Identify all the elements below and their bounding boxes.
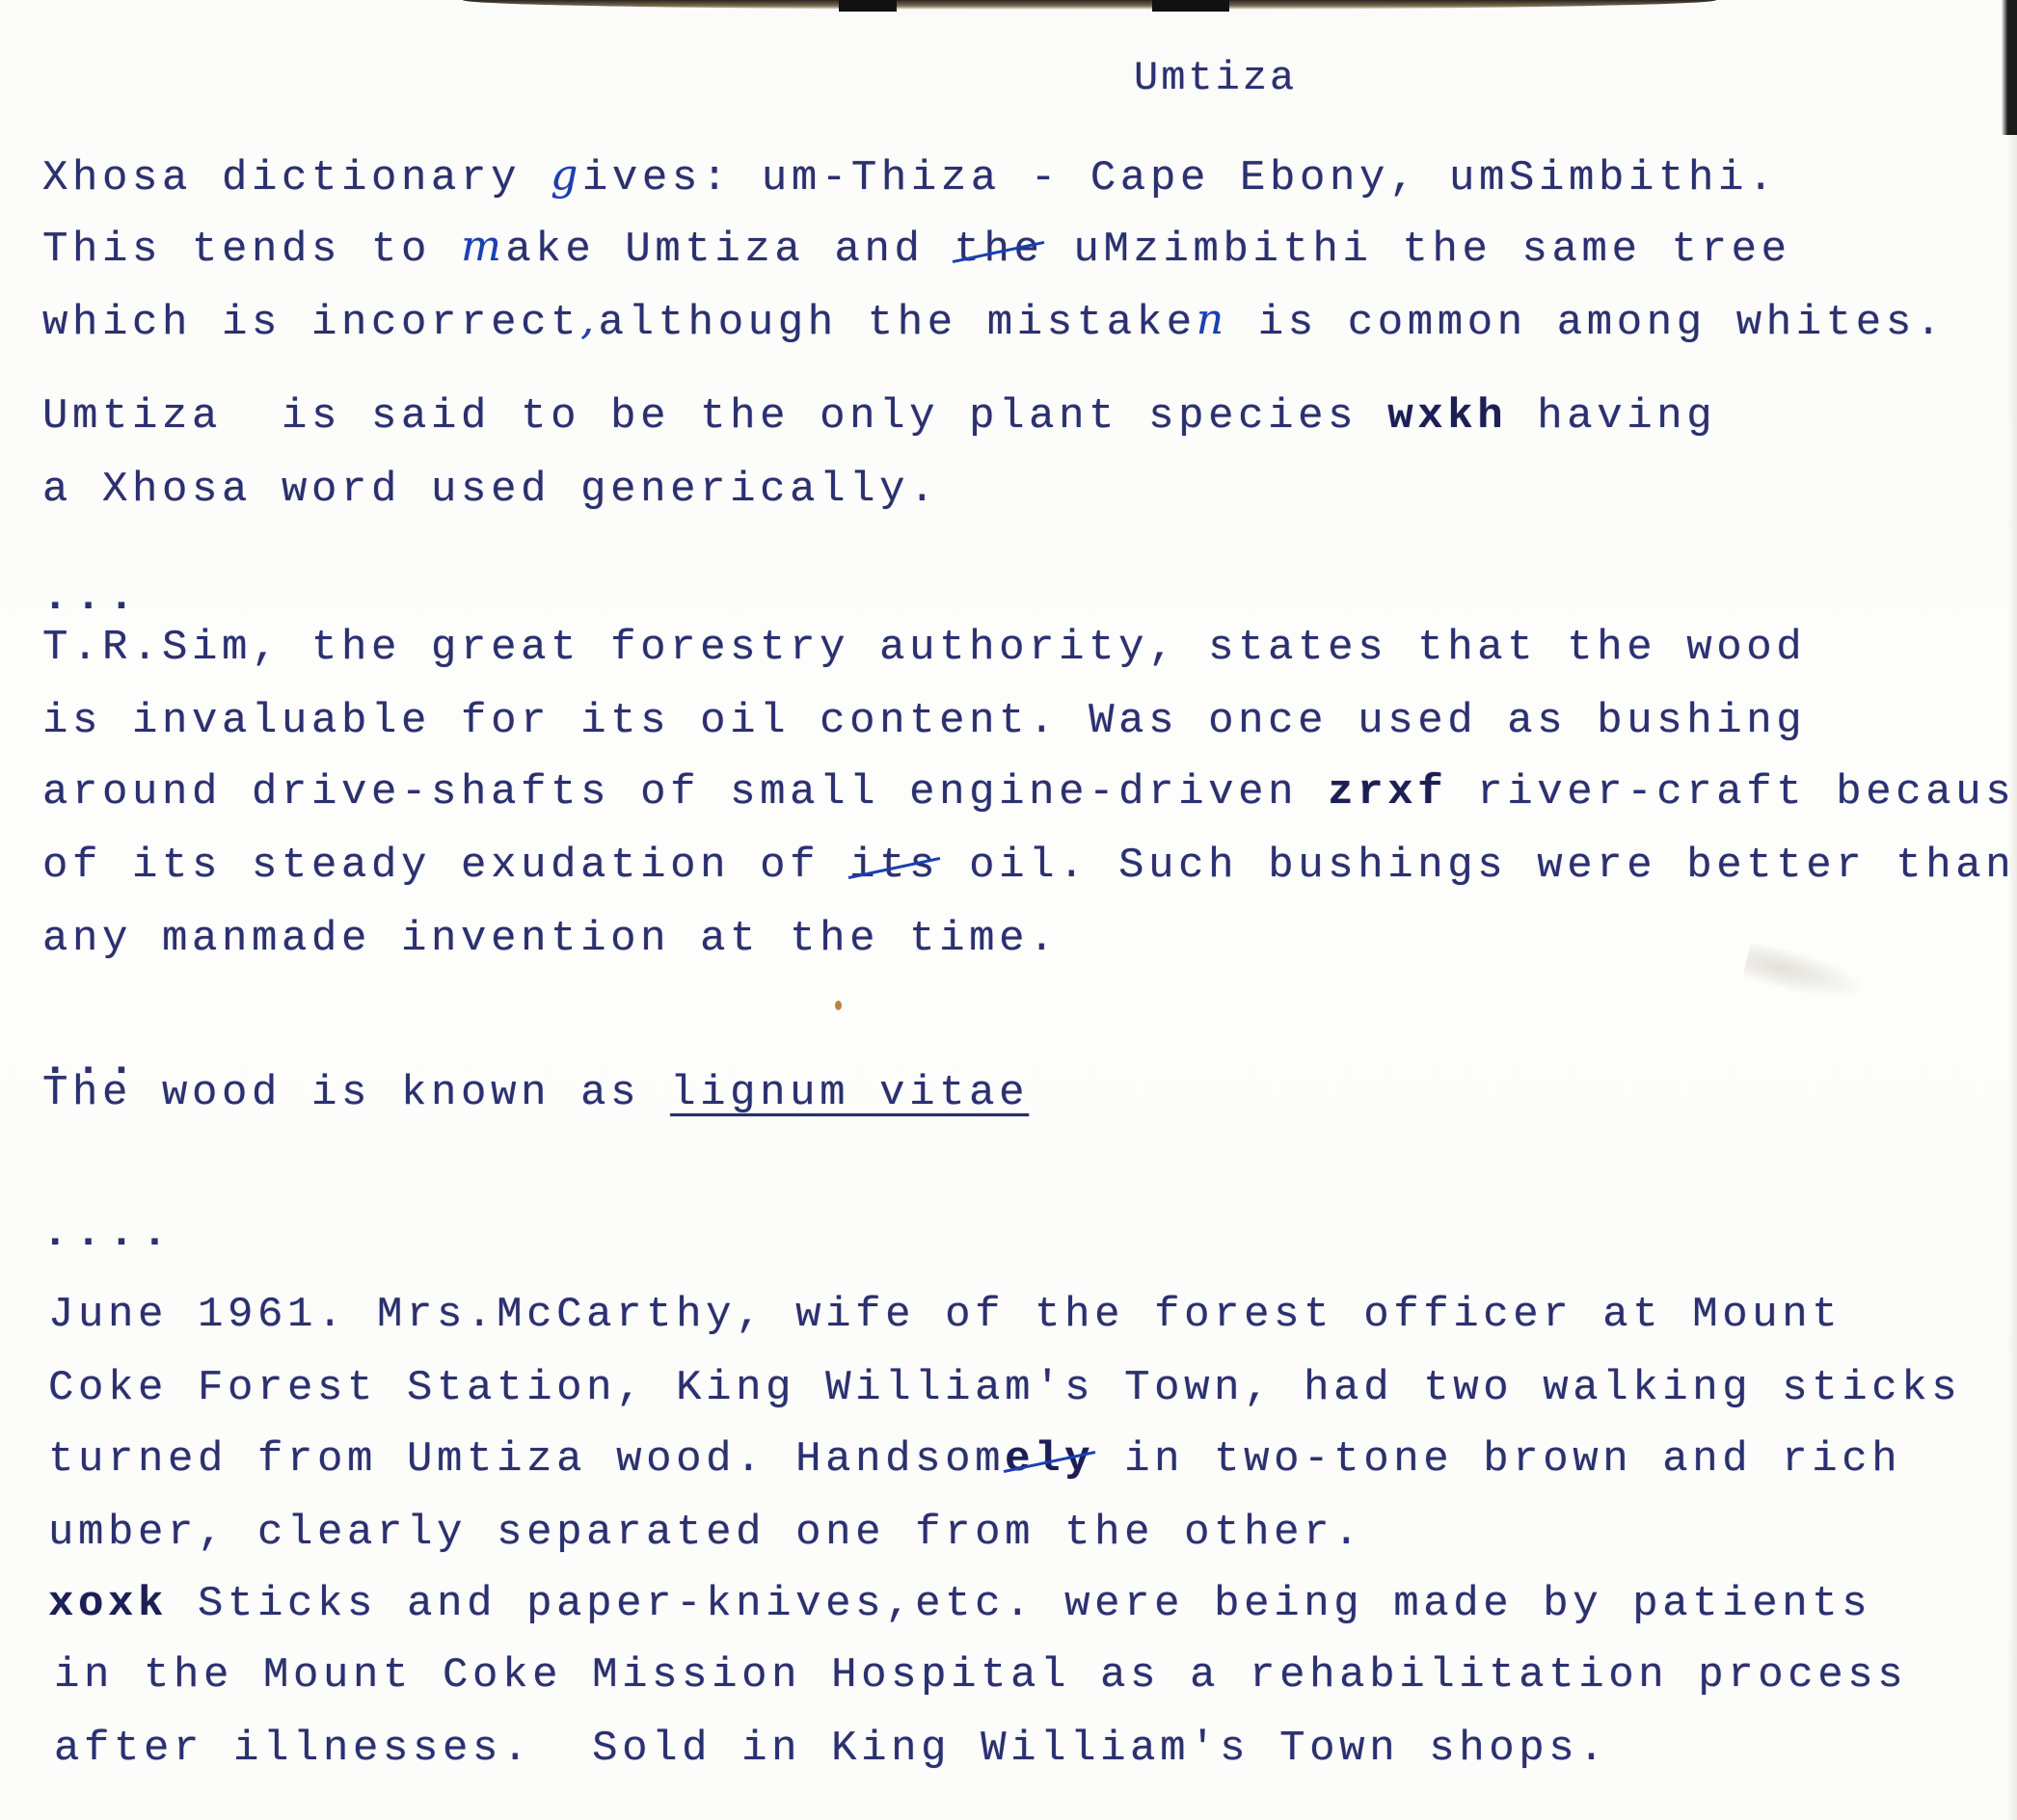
text-run: river-craft because [1447,768,2017,816]
section3-line4: of its steady exudation of its oil. Such… [42,844,2015,887]
pen-correction: m [461,222,505,271]
text-run: Xhosa dictionary [42,154,551,202]
typed-strikeout: wxkh [1387,392,1507,441]
section5-line4: umber, clearly separated one from the ot… [48,1512,1363,1554]
paper-stain [1742,941,1864,1006]
section1-line1: Xhosa dictionary gives: um-Thiza - Cape … [42,154,1778,200]
text-run: turned from Umtiza wood. Handsom [48,1435,1005,1484]
text-run: which is incorrect [42,299,580,347]
text-run: in two-tone brown and rich [1094,1435,1901,1484]
section5-line7: after illnesses. Sold in King William's … [54,1727,1608,1770]
section5-line2: Coke Forest Station, King William's Town… [48,1367,1961,1409]
text-run: ake Umtiza and [505,226,954,274]
section1-line2: This tends to make Umtiza and the uMzimb… [42,226,1791,271]
section3-line2: is invaluable for its oil content. Was o… [42,700,1806,742]
underlined-term: lignum vitae [670,1069,1029,1117]
scan-top-tab [839,0,897,12]
section4-line: The wood is known as lignum vitae [42,1072,1029,1114]
pen-comma: , [580,295,599,344]
pen-correction: n [1197,295,1228,344]
text-run: This tends to [42,226,461,274]
struck-word: its [849,842,939,890]
text-run: ives: um-Thiza - Cape Ebony, umSimbithi. [582,154,1778,202]
section5-line5: xoxk Sticks and paper-knives,etc. were b… [48,1583,1871,1625]
pen-correction: g [551,150,582,200]
scan-top-tab [1152,0,1229,12]
section1-line3: which is incorrect,although the mistaken… [42,299,1946,344]
scan-right-edge [2002,0,2017,135]
typed-strikeout: ely [1005,1435,1094,1484]
text-run: having [1507,392,1716,441]
struck-word: the [954,226,1043,274]
text-run: uMzimbithi the same tree [1043,226,1790,274]
scan-right-shadow [2007,135,2017,1820]
separator-ellipsis: .... [42,1213,175,1255]
section3-line3: around drive-shafts of small engine-driv… [42,771,2017,814]
section3-line5: any manmade invention at the time. [42,918,1059,960]
text-run: Umtiza is said to be the only plant spec… [42,392,1387,441]
document-title: Umtiza [1134,58,1297,98]
paper-speck [835,1001,842,1010]
text-run: around drive-shafts of small engine-driv… [42,768,1328,816]
section3-line1: T.R.Sim, the great forestry authority, s… [42,627,1806,669]
separator-ellipsis: ... [42,576,142,619]
section2-line2: a Xhosa word used generically. [42,468,939,511]
section5-line3: turned from Umtiza wood. Handsomely in t… [48,1438,1901,1481]
typed-strikeout: xoxk [48,1580,168,1628]
section2-line1: Umtiza is said to be the only plant spec… [42,395,1716,438]
text-run: oil. Such bushings were better than [939,842,2015,890]
section5-line6: in the Mount Coke Mission Hospital as a … [54,1654,1907,1697]
typed-strikeout: zrxf [1328,768,1447,816]
text-run: although the mistake [599,299,1197,347]
document-page: Umtiza Xhosa dictionary gives: um-Thiza … [0,0,2017,1820]
text-run: of its steady exudation of [42,842,849,890]
scan-top-edge [463,0,1716,10]
text-run: is common among whites. [1228,299,1946,347]
text-run: The wood is known as [42,1069,670,1117]
section5-line1: June 1961. Mrs.McCarthy, wife of the for… [48,1294,1842,1336]
text-run: Sticks and paper-knives,etc. were being … [168,1580,1871,1628]
